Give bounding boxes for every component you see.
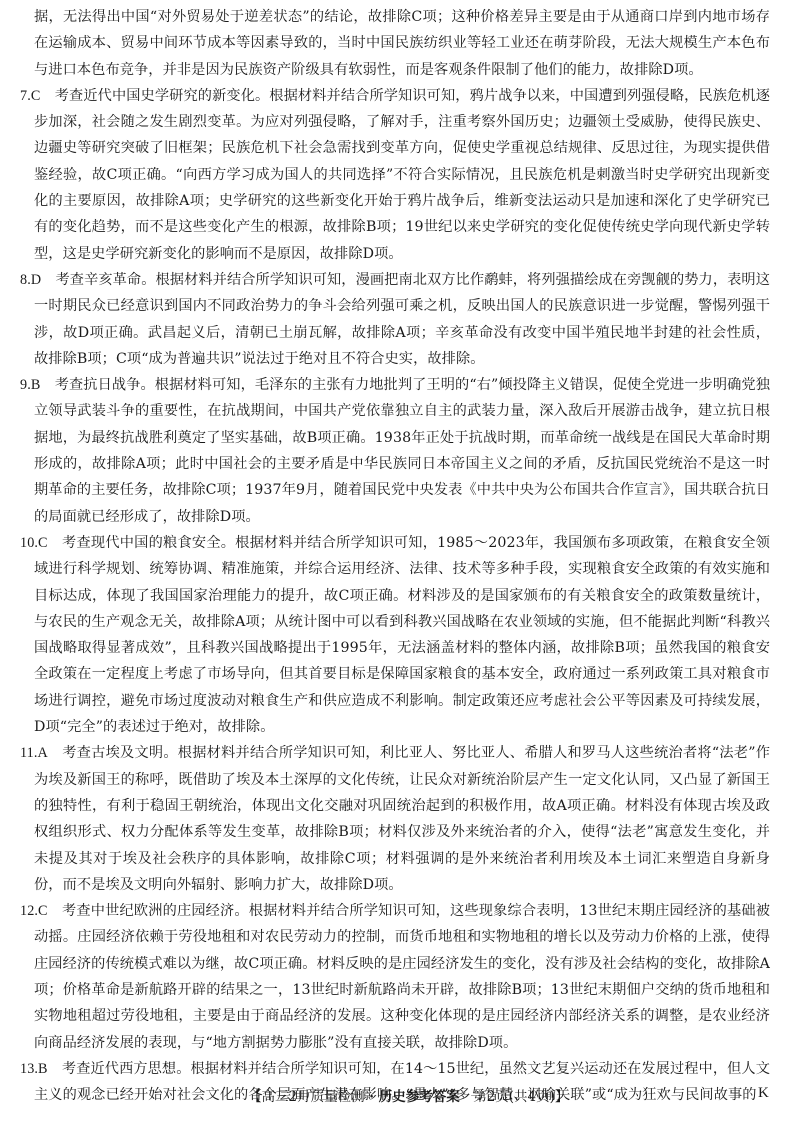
footer-open-bracket: 【 xyxy=(248,1089,262,1105)
answer-explanation: 考查抗日战争。根据材料可知，毛泽东的主张有力地批判了王明的“右”倾投降主义错误，… xyxy=(34,377,770,524)
answer-number: 10.C xyxy=(20,535,48,551)
answer-number: 7.C xyxy=(20,88,40,104)
page-footer: 【高三2月质量检测 · 历史参考答案 第2页(共4页)】 K xyxy=(0,1085,800,1109)
answer-item-8: 8.D 考查辛亥革命。根据材料并结合所学知识可知，漫画把南北双方比作鹬蚌，将列强… xyxy=(20,267,770,372)
answer-item-12: 12.C 考查中世纪欧洲的庄园经济。根据材料并结合所学知识可知，这些现象综合表明… xyxy=(20,898,770,1056)
answer-number: 8.D xyxy=(20,272,41,288)
footer-exam-name: 高三2月质量检测 xyxy=(262,1089,365,1105)
answer-number: 9.B xyxy=(20,377,40,393)
footer-page-number: 第2页(共4页) xyxy=(460,1089,555,1105)
footer-close-bracket: 】 xyxy=(555,1089,569,1105)
footer-separator: · xyxy=(365,1089,379,1105)
answer-explanation: 考查近代中国史学研究的新变化。根据材料并结合所学知识可知，鸦片战争以来，中国遭到… xyxy=(34,88,770,262)
answer-explanation: 考查中世纪欧洲的庄园经济。根据材料并结合所学知识可知，这些现象综合表明，13世纪… xyxy=(34,903,770,1050)
answer-item-11: 11.A 考查古埃及文明。根据材料并结合所学知识可知，利比亚人、努比亚人、希腊人… xyxy=(20,740,770,898)
answer-item-9: 9.B 考查抗日战争。根据材料可知，毛泽东的主张有力地批判了王明的“右”倾投降主… xyxy=(20,372,770,530)
answer-key-page: 据，无法得出中国“对外贸易处于逆差状态”的结论，故排除C项；这种价格差异主要是由… xyxy=(0,0,800,1122)
answer-item-10: 10.C 考查现代中国的粮食安全。根据材料并结合所学知识可知，1985～2023… xyxy=(20,530,770,740)
answer-number: 12.C xyxy=(20,903,48,919)
footer-subject: 历史参考答案 xyxy=(379,1089,460,1105)
answer-explanation: 考查古埃及文明。根据材料并结合所学知识可知，利比亚人、努比亚人、希腊人和罗马人这… xyxy=(34,745,770,892)
continued-paragraph: 据，无法得出中国“对外贸易处于逆差状态”的结论，故排除C项；这种价格差异主要是由… xyxy=(20,4,770,83)
answer-explanation: 考查现代中国的粮食安全。根据材料并结合所学知识可知，1985～2023年，我国颁… xyxy=(34,535,770,735)
answer-explanation: 考查辛亥革命。根据材料并结合所学知识可知，漫画把南北双方比作鹬蚌，将列强描绘成在… xyxy=(34,272,770,367)
footer-version-code: K xyxy=(758,1085,769,1102)
answer-item-7: 7.C 考查近代中国史学研究的新变化。根据材料并结合所学知识可知，鸦片战争以来，… xyxy=(20,83,770,267)
footer-title: 【高三2月质量检测 · 历史参考答案 第2页(共4页)】 xyxy=(248,1085,568,1105)
answer-number: 11.A xyxy=(20,745,48,761)
answer-content: 据，无法得出中国“对外贸易处于逆差状态”的结论，故排除C项；这种价格差异主要是由… xyxy=(20,4,770,1108)
answer-number: 13.B xyxy=(20,1061,48,1077)
